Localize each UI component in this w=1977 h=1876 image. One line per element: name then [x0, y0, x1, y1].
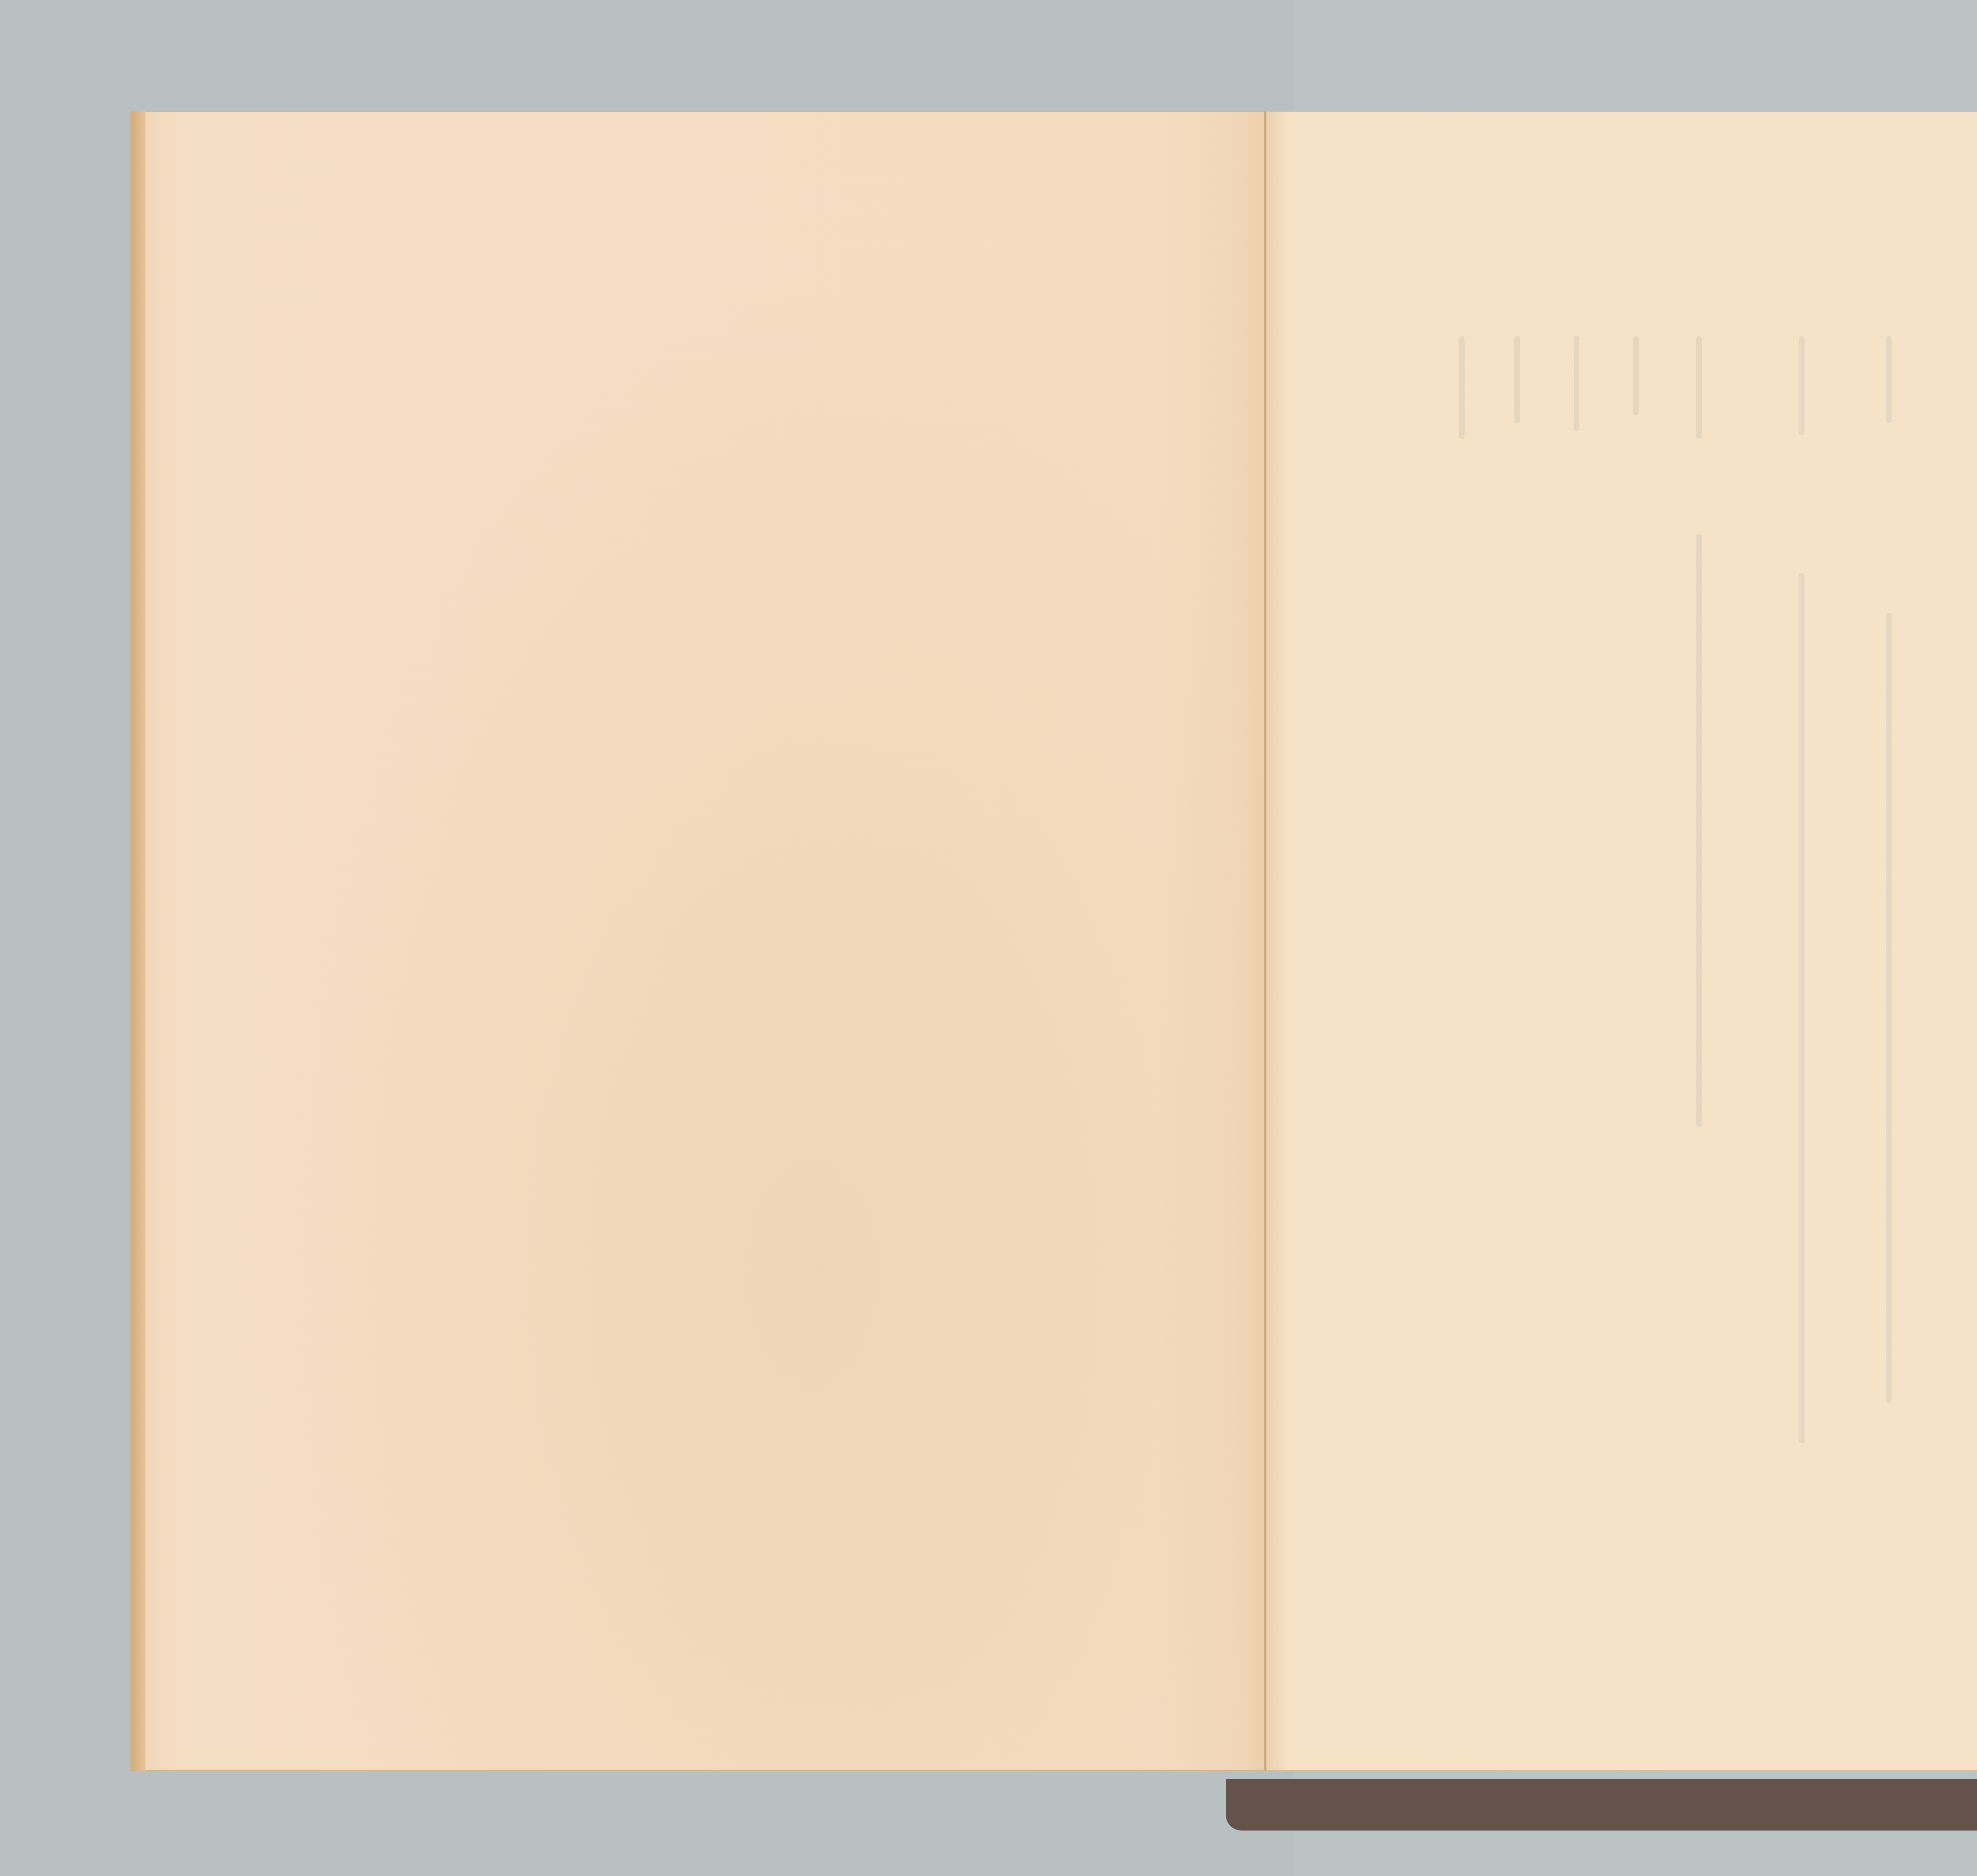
left-page-blank: [130, 111, 1265, 1771]
left-page-edge: [130, 111, 146, 1771]
show-through-texture: [1443, 336, 1977, 1641]
book-spread: 差引純財源剰餘額 四六、三八四、三四八 四、六六一、六九五 五〇、九四五、九四三…: [0, 0, 1977, 1876]
book-gutter: [1264, 111, 1266, 1771]
